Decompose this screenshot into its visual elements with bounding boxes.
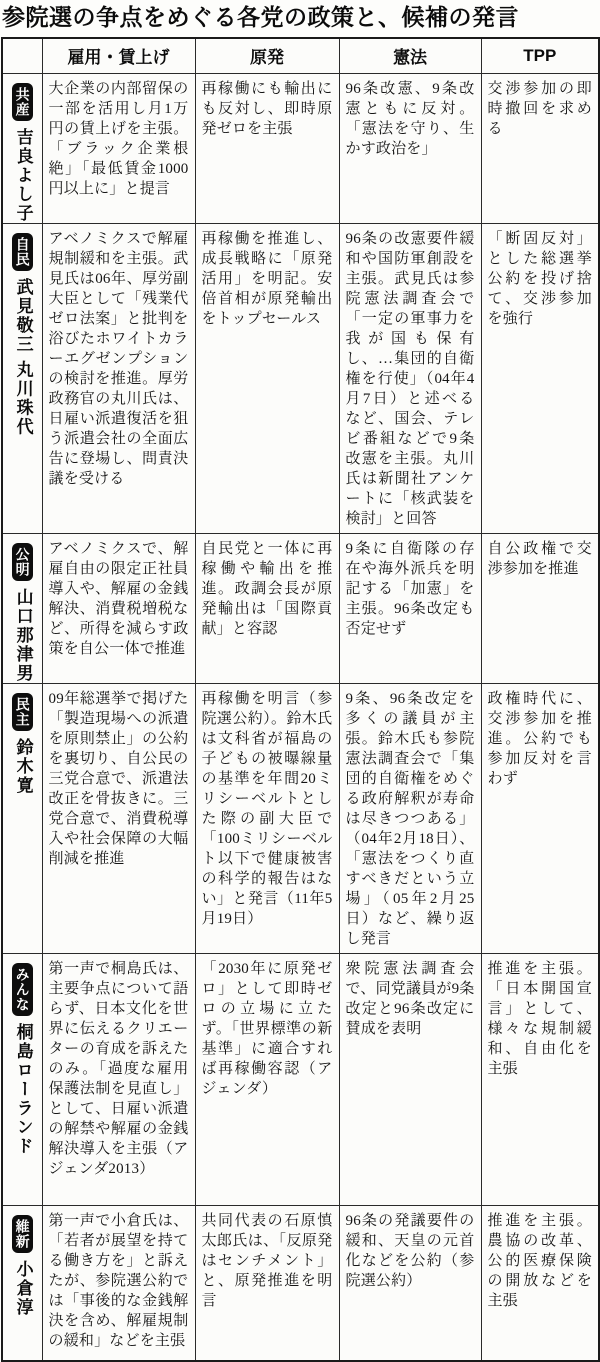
policy-cell-nuclear: 「2030年に原発ゼロ」として即時ゼロの立場に立たず。「世界標準の新基準」に適合… — [195, 953, 339, 1205]
column-header-constitution: 憲法 — [339, 38, 481, 74]
policy-text: 「2030年に原発ゼロ」として即時ゼロの立場に立たず。「世界標準の新基準」に適合… — [196, 954, 339, 1103]
policy-text: 交渉参加の即時撤回を求める — [482, 74, 599, 143]
policy-cell-constitution: 9条、96条改定を多くの議員が主張。鈴木氏も参院憲法調査会で「集団的自衛権をめぐ… — [339, 683, 481, 953]
policy-cell-tpp: 「断固反対」とした総選挙公約を投げ捨て、交渉参加を強行 — [481, 223, 599, 533]
party-badge: 共産 — [12, 83, 33, 121]
party-badge: 自民 — [12, 233, 33, 271]
candidate-name: 吉良よし子 — [13, 128, 32, 223]
policy-text: 96条改憲、9条改憲ともに反対。「憲法を守り、生かす政治を」 — [340, 74, 481, 163]
policy-text: 共同代表の石原慎太郎氏は、「反原発はセンチメント」と、原発推進を明言 — [196, 1206, 339, 1315]
party-badge: 維新 — [12, 1215, 33, 1253]
column-header-nuclear: 原発 — [195, 38, 339, 74]
policy-text: 第一声で小倉氏は、「若者が展望を持てる働き方を」と訴えたが、参院選公約では「事後… — [43, 1206, 195, 1355]
policy-cell-constitution: 96条改憲、9条改憲ともに反対。「憲法を守り、生かす政治を」 — [339, 73, 481, 223]
page-title: 参院選の争点をめぐる各党の政策と、候補の発言 — [0, 0, 600, 37]
table-row: 公明山口那津男アベノミクスで、解雇自由の限定正社員導入や、解雇の金銭解決、消費税… — [2, 533, 599, 683]
party-cell: 共産吉良よし子 — [2, 73, 42, 223]
table-row: 維新小倉淳第一声で小倉氏は、「若者が展望を持てる働き方を」と訴えたが、参院選公約… — [2, 1205, 599, 1361]
column-header-tpp: TPP — [481, 38, 599, 74]
policy-cell-tpp: 政権時代に、交渉参加を推進。公約でも参加反対を言わず — [481, 683, 599, 953]
policy-cell-tpp: 自公政権で交渉参加を推進 — [481, 533, 599, 683]
table-body: 共産吉良よし子大企業の内部留保の一部を活用し月1万円の賃上げを主張。「ブラック企… — [2, 73, 599, 1361]
party-cell: 維新小倉淳 — [2, 1205, 42, 1361]
table-header-row: 雇用・賃上げ 原発 憲法 TPP — [2, 38, 599, 74]
policy-cell-nuclear: 自民党と一体に再稼働や輸出を推進。政調会長が原発輸出は「国際貢献」と容認 — [195, 533, 339, 683]
candidate-name: 小倉淳 — [13, 1260, 32, 1317]
party-badge: 公明 — [12, 543, 33, 581]
candidate-name: 桐島ローランド — [13, 1023, 32, 1156]
candidate-name: 武見敬三 丸川珠代 — [13, 278, 32, 437]
policy-cell-constitution: 96条の改憲要件緩和や国防軍創設を主張。武見氏は参院憲法調査会で「一定の軍事力を… — [339, 223, 481, 533]
corner-cell — [2, 38, 42, 74]
policy-text: 96条の改憲要件緩和や国防軍創設を主張。武見氏は参院憲法調査会で「一定の軍事力を… — [340, 224, 481, 533]
policy-text: アベノミクスで解雇規制緩和を主張。武見氏は06年、厚労副大臣として「残業代ゼロ法… — [43, 224, 195, 493]
policy-text: 09年総選挙で掲げた「製造現場への派遣を原則禁止」の公約を裏切り、自公民の三党合… — [43, 684, 195, 873]
policy-cell-employment: アベノミクスで、解雇自由の限定正社員導入や、解雇の金銭解決、消費税増税など、所得… — [42, 533, 195, 683]
party-cell-content: 自民武見敬三 丸川珠代 — [3, 224, 42, 437]
policy-text: 自民党と一体に再稼働や輸出を推進。政調会長が原発輸出は「国際貢献」と容認 — [196, 534, 339, 643]
policy-cell-nuclear: 再稼働にも輸出にも反対し、即時原発ゼロを主張 — [195, 73, 339, 223]
policy-cell-constitution: 衆院憲法調査会で、同党議員が9条改定と96条改定に賛成を表明 — [339, 953, 481, 1205]
policy-text: 政権時代に、交渉参加を推進。公約でも参加反対を言わず — [482, 684, 599, 793]
policy-text: 第一声で桐島氏は、主要争点について語らず、日本文化を世界に伝えるクリエーターの育… — [43, 954, 195, 1183]
policy-text: 再稼働を推進し、成長戦略に「原発活用」を明記。安倍首相が原発輸出をトップセールス — [196, 224, 339, 333]
policy-cell-tpp: 交渉参加の即時撤回を求める — [481, 73, 599, 223]
column-header-employment: 雇用・賃上げ — [42, 38, 195, 74]
policy-cell-constitution: 96条の発議要件の緩和、天皇の元首化などを公約（参院選公約） — [339, 1205, 481, 1361]
policy-text: 推進を主張。農協の改革、公的医療保険の開放などを主張 — [482, 1206, 599, 1315]
party-cell-content: 維新小倉淳 — [3, 1206, 42, 1317]
newspaper-clipping: 参院選の争点をめぐる各党の政策と、候補の発言 雇用・賃上げ 原発 憲法 TPP … — [0, 0, 600, 1362]
policy-text: 自公政権で交渉参加を推進 — [482, 534, 599, 583]
party-badge: 民主 — [12, 693, 33, 731]
table-row: みんな桐島ローランド第一声で桐島氏は、主要争点について語らず、日本文化を世界に伝… — [2, 953, 599, 1205]
policy-cell-nuclear: 共同代表の石原慎太郎氏は、「反原発はセンチメント」と、原発推進を明言 — [195, 1205, 339, 1361]
policy-cell-employment: 09年総選挙で掲げた「製造現場への派遣を原則禁止」の公約を裏切り、自公民の三党合… — [42, 683, 195, 953]
policy-text: 再稼働を明言（参院選公約）。鈴木氏は文科省が福島の子どもの被曝線量の基準を年間2… — [196, 684, 339, 933]
party-cell: みんな桐島ローランド — [2, 953, 42, 1205]
policy-cell-constitution: 9条に自衛隊の存在や海外派兵を明記する「加憲」を主張。96条改定も否定せず — [339, 533, 481, 683]
policy-cell-tpp: 推進を主張。農協の改革、公的医療保険の開放などを主張 — [481, 1205, 599, 1361]
party-badge: みんな — [12, 963, 33, 1016]
policy-text: 衆院憲法調査会で、同党議員が9条改定と96条改定に賛成を表明 — [340, 954, 481, 1043]
party-cell-content: 民主鈴木寛 — [3, 684, 42, 795]
policy-text: アベノミクスで、解雇自由の限定正社員導入や、解雇の金銭解決、消費税増税など、所得… — [43, 534, 195, 663]
candidate-name: 鈴木寛 — [13, 738, 32, 795]
policy-text: 96条の発議要件の緩和、天皇の元首化などを公約（参院選公約） — [340, 1206, 481, 1295]
policy-cell-employment: 大企業の内部留保の一部を活用し月1万円の賃上げを主張。「ブラック企業根絶」「最低… — [42, 73, 195, 223]
party-cell-content: みんな桐島ローランド — [3, 954, 42, 1156]
policy-text: 9条に自衛隊の存在や海外派兵を明記する「加憲」を主張。96条改定も否定せず — [340, 534, 481, 643]
policy-text: 大企業の内部留保の一部を活用し月1万円の賃上げを主張。「ブラック企業根絶」「最低… — [43, 74, 195, 203]
candidate-name: 山口那津男 — [13, 588, 32, 683]
party-cell-content: 共産吉良よし子 — [3, 74, 42, 223]
policy-cell-employment: 第一声で桐島氏は、主要争点について語らず、日本文化を世界に伝えるクリエーターの育… — [42, 953, 195, 1205]
table-row: 民主鈴木寛09年総選挙で掲げた「製造現場への派遣を原則禁止」の公約を裏切り、自公… — [2, 683, 599, 953]
policy-cell-nuclear: 再稼働を明言（参院選公約）。鈴木氏は文科省が福島の子どもの被曝線量の基準を年間2… — [195, 683, 339, 953]
party-cell: 民主鈴木寛 — [2, 683, 42, 953]
policy-cell-employment: アベノミクスで解雇規制緩和を主張。武見氏は06年、厚労副大臣として「残業代ゼロ法… — [42, 223, 195, 533]
policy-text: 9条、96条改定を多くの議員が主張。鈴木氏も参院憲法調査会で「集団的自衛権をめぐ… — [340, 684, 481, 953]
policy-text: 再稼働にも輸出にも反対し、即時原発ゼロを主張 — [196, 74, 339, 143]
policy-text: 「断固反対」とした総選挙公約を投げ捨て、交渉参加を強行 — [482, 224, 599, 333]
policy-comparison-table: 雇用・賃上げ 原発 憲法 TPP 共産吉良よし子大企業の内部留保の一部を活用し月… — [1, 37, 600, 1362]
party-cell: 自民武見敬三 丸川珠代 — [2, 223, 42, 533]
table-row: 共産吉良よし子大企業の内部留保の一部を活用し月1万円の賃上げを主張。「ブラック企… — [2, 73, 599, 223]
party-cell: 公明山口那津男 — [2, 533, 42, 683]
party-cell-content: 公明山口那津男 — [3, 534, 42, 683]
table-row: 自民武見敬三 丸川珠代アベノミクスで解雇規制緩和を主張。武見氏は06年、厚労副大… — [2, 223, 599, 533]
policy-text: 推進を主張。「日本開国宣言」として、様々な規制緩和、自由化を主張 — [482, 954, 599, 1083]
policy-cell-employment: 第一声で小倉氏は、「若者が展望を持てる働き方を」と訴えたが、参院選公約では「事後… — [42, 1205, 195, 1361]
policy-cell-nuclear: 再稼働を推進し、成長戦略に「原発活用」を明記。安倍首相が原発輸出をトップセールス — [195, 223, 339, 533]
policy-cell-tpp: 推進を主張。「日本開国宣言」として、様々な規制緩和、自由化を主張 — [481, 953, 599, 1205]
